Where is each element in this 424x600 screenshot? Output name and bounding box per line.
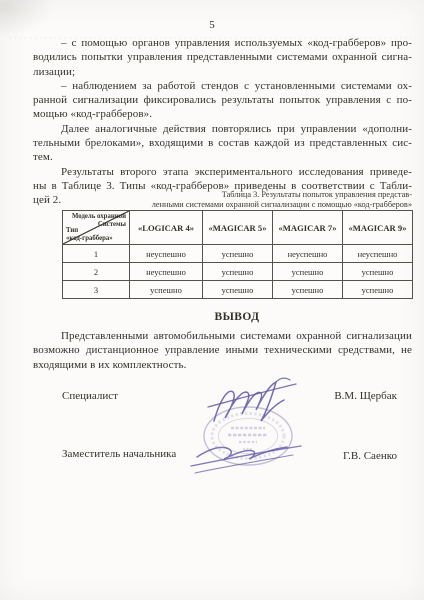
result-cell: неуспешно (272, 244, 342, 262)
row-type-cell: 1 (63, 244, 129, 262)
paragraph-line: ранной сигнализации фиксировались резуль… (33, 93, 412, 107)
paragraph-line: водились попытки управления представленн… (33, 50, 412, 64)
row-type-cell: 3 (63, 280, 129, 298)
results-table: Модель охранной Системы Тип «код-граббер… (62, 210, 413, 299)
signature-specialist (200, 376, 300, 426)
table-row: 1 неуспешно успешно неуспешно неуспешно (63, 244, 412, 262)
column-header: «MAGICAR 7» (272, 211, 342, 244)
result-cell: неуспешно (342, 244, 412, 262)
table-corner-cell: Модель охранной Системы Тип «код-граббер… (63, 211, 129, 244)
result-cell: успешно (129, 280, 202, 298)
result-cell: успешно (202, 244, 272, 262)
paragraph-line: Результаты второго этапа экспериментальн… (33, 165, 412, 179)
signoff-name-saenko: Г.В. Саенко (343, 450, 397, 462)
result-cell: неуспешно (129, 244, 202, 262)
table-row: 2 неуспешно успешно успешно успешно (63, 262, 412, 280)
signoff-name-shcherbak: В.М. Щербак (334, 390, 397, 402)
corner-label-system-model: Модель охранной Системы (72, 213, 126, 228)
column-header: «MAGICAR 9» (342, 211, 412, 244)
paragraph-line: – с помощью органов управления используе… (33, 36, 412, 50)
column-header: «MAGICAR 5» (202, 211, 272, 244)
body-text: – с помощью органов управления используе… (33, 36, 412, 208)
paragraph-line: Далее аналогичные действия повторялись п… (33, 122, 412, 136)
table-caption-line: ленными системами охранной сигнализации … (110, 200, 412, 210)
signature-deputy-chief (185, 440, 310, 476)
scanned-document-page: 5 – с помощью органов управления использ… (0, 0, 424, 600)
result-cell: успешно (342, 280, 412, 298)
conclusion-line: Представленными автомобильными системами… (33, 329, 412, 343)
table-row: 3 успешно успешно успешно успешно (63, 280, 412, 298)
corner-label-line: Модель охранной (72, 213, 126, 221)
result-cell: неуспешно (129, 262, 202, 280)
table-caption: Таблица 3. Результаты попыток управления… (110, 190, 412, 209)
signoff-role-deputy-chief: Заместитель начальника (62, 448, 176, 460)
corner-label-line: «код-граббера» (66, 235, 113, 243)
page-number: 5 (0, 19, 424, 31)
result-cell: успешно (272, 262, 342, 280)
conclusion-text: Представленными автомобильными системами… (33, 329, 412, 372)
paragraph-line: тельными брелоками», входящими в состав … (33, 136, 412, 150)
paragraph-line: – наблюдением за работой стендов с устан… (33, 79, 412, 93)
row-type-cell: 2 (63, 262, 129, 280)
corner-label-line: Тип (66, 227, 113, 235)
paragraph-line: мощью «код-грабберов». (33, 107, 412, 121)
table-caption-line: Таблица 3. Результаты попыток управления… (110, 190, 412, 200)
result-cell: успешно (202, 262, 272, 280)
paragraph-line: лизации; (33, 65, 412, 79)
result-cell: успешно (342, 262, 412, 280)
column-header: «LOGICAR 4» (129, 211, 202, 244)
result-cell: успешно (272, 280, 342, 298)
paragraph-line: тем. (33, 150, 412, 164)
result-cell: успешно (202, 280, 272, 298)
signoff-role-specialist: Специалист (62, 390, 118, 402)
conclusion-heading: ВЫВОД (62, 311, 412, 323)
table-header-row: Модель охранной Системы Тип «код-граббер… (63, 211, 412, 244)
conclusion-line: входящими в их комплектность. (33, 358, 412, 372)
corner-label-grabber-type: Тип «код-граббера» (66, 227, 113, 242)
conclusion-line: возможно дистанционное управление иными … (33, 343, 412, 357)
